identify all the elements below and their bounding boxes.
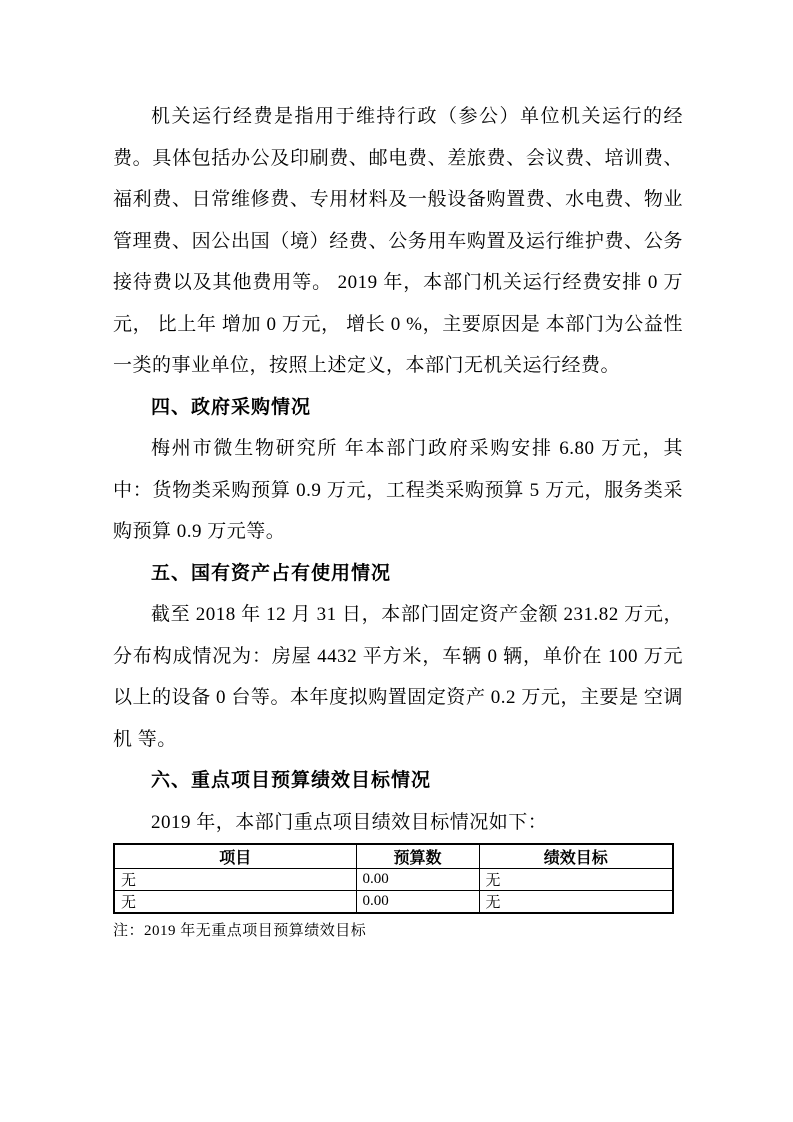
document-page: 机关运行经费是指用于维持行政（参公）单位机关运行的经费。具体包括办公及印刷费、邮… [0,0,793,1122]
section-five-heading: 五、国有资产占有使用情况 [113,553,683,595]
operating-expenses-paragraph: 机关运行经费是指用于维持行政（参公）单位机关运行的经费。具体包括办公及印刷费、邮… [113,96,683,387]
table-cell-target: 无 [479,891,673,914]
table-cell-budget: 0.00 [356,891,479,914]
section-five-paragraph: 截至 2018 年 12 月 31 日，本部门固定资产金额 231.82 万元，… [113,594,683,760]
table-cell-budget: 0.00 [356,869,479,891]
table-header-project: 项目 [114,844,356,869]
document-content: 机关运行经费是指用于维持行政（参公）单位机关运行的经费。具体包括办公及印刷费、邮… [113,96,683,941]
section-four-heading: 四、政府采购情况 [113,387,683,429]
table-cell-project: 无 [114,869,356,891]
table-note: 注：2019 年无重点项目预算绩效目标 [113,921,683,941]
section-six-intro: 2019 年，本部门重点项目绩效目标情况如下： [113,802,683,844]
table-row: 无 0.00 无 [114,891,673,914]
performance-targets-table: 项目 预算数 绩效目标 无 0.00 无 无 0.00 无 [113,843,674,914]
section-six-heading: 六、重点项目预算绩效目标情况 [113,760,683,802]
table-cell-project: 无 [114,891,356,914]
table-header-target: 绩效目标 [479,844,673,869]
table-cell-target: 无 [479,869,673,891]
section-four-paragraph: 梅州市微生物研究所 年本部门政府采购安排 6.80 万元，其中：货物类采购预算 … [113,428,683,553]
table-header-row: 项目 预算数 绩效目标 [114,844,673,869]
table-row: 无 0.00 无 [114,869,673,891]
table-header-budget: 预算数 [356,844,479,869]
